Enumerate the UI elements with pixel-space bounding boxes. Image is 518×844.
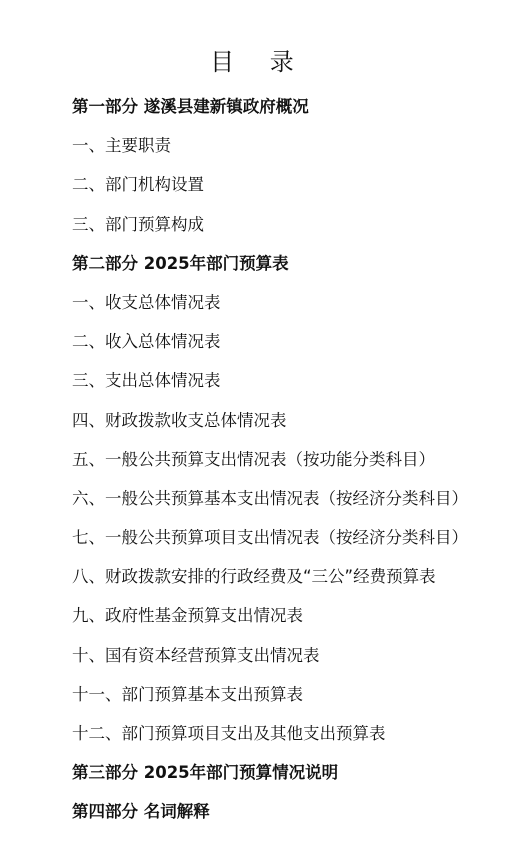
toc-item[interactable]: 六、一般公共预算基本支出情况表（按经济分类科目） [72,488,468,527]
table-of-contents: 第一部分 遂溪县建新镇政府概况 一、主要职责 二、部门机构设置 三、部门预算构成… [72,96,468,841]
toc-part-2[interactable]: 第二部分 2025年部门预算表 [72,253,468,292]
toc-item[interactable]: 四、财政拨款收支总体情况表 [72,410,468,449]
toc-item[interactable]: 十、国有资本经营预算支出情况表 [72,645,468,684]
toc-item[interactable]: 二、收入总体情况表 [72,331,468,370]
toc-item[interactable]: 八、财政拨款安排的行政经费及“三公”经费预算表 [72,566,468,605]
toc-part-3[interactable]: 第三部分 2025年部门预算情况说明 [72,762,468,801]
toc-item[interactable]: 二、部门机构设置 [72,174,468,213]
toc-item[interactable]: 一、收支总体情况表 [72,292,468,331]
toc-item[interactable]: 十一、部门预算基本支出预算表 [72,684,468,723]
toc-item[interactable]: 三、部门预算构成 [72,214,468,253]
toc-part-1[interactable]: 第一部分 遂溪县建新镇政府概况 [72,96,468,135]
toc-item[interactable]: 七、一般公共预算项目支出情况表（按经济分类科目） [72,527,468,566]
toc-part-4[interactable]: 第四部分 名词解释 [72,801,468,840]
toc-item[interactable]: 十二、部门预算项目支出及其他支出预算表 [72,723,468,762]
toc-item[interactable]: 三、支出总体情况表 [72,370,468,409]
toc-title: 目 录 [0,42,518,77]
toc-item[interactable]: 一、主要职责 [72,135,468,174]
toc-item[interactable]: 九、政府性基金预算支出情况表 [72,605,468,644]
toc-item[interactable]: 五、一般公共预算支出情况表（按功能分类科目） [72,449,468,488]
